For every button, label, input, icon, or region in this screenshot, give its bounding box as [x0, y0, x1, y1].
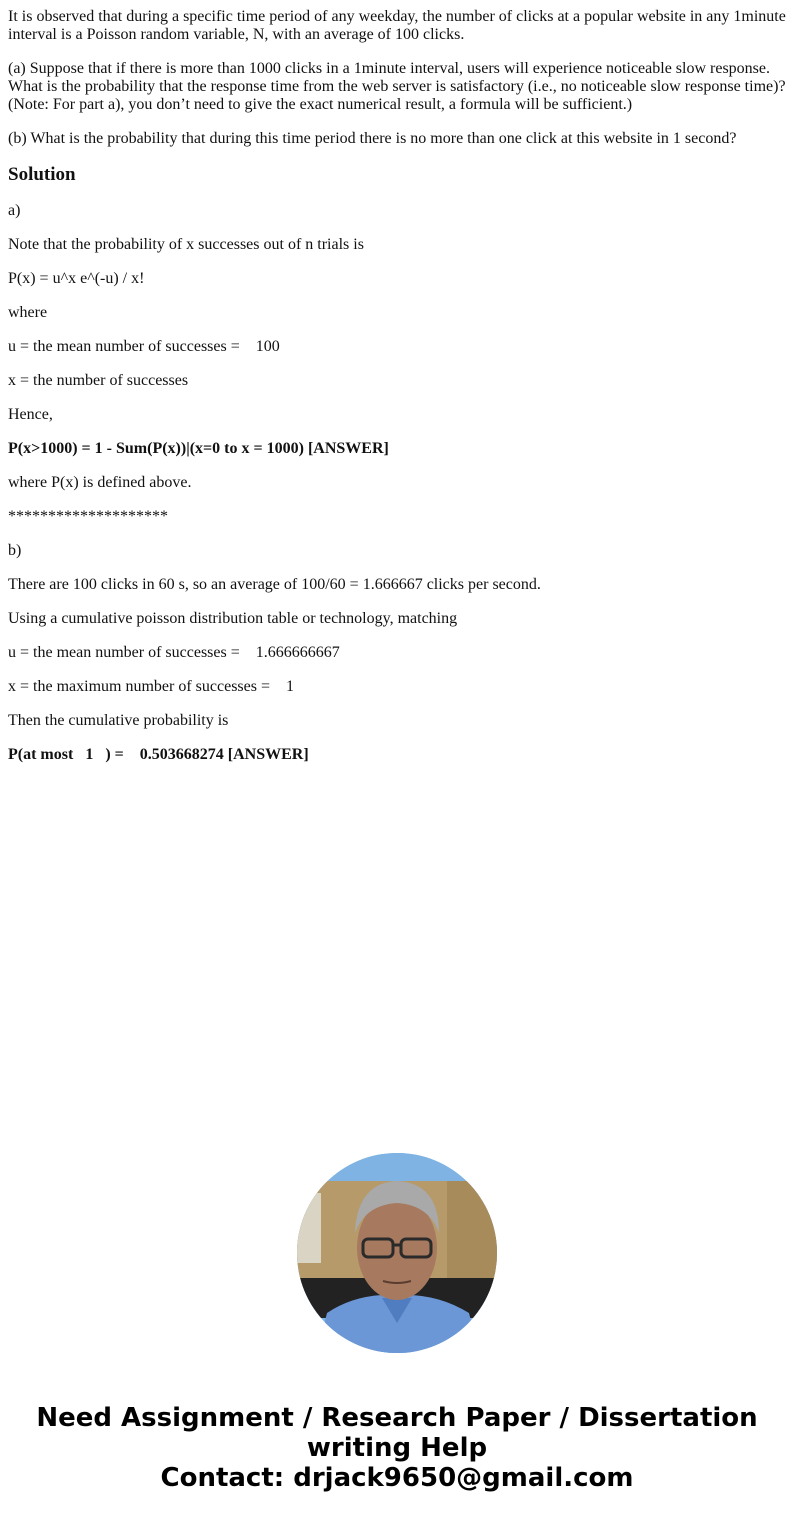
solution-a-line1: Note that the probability of x successes…: [8, 236, 792, 254]
author-photo: [297, 1153, 497, 1353]
question-part-b: (b) What is the probability that during …: [8, 130, 792, 148]
question-intro: It is observed that during a specific ti…: [8, 8, 792, 44]
promo-line-1: Need Assignment / Research Paper / Disse…: [0, 1403, 794, 1433]
solution-a-label: a): [8, 202, 792, 220]
solution-a-x-line: x = the number of successes: [8, 372, 792, 390]
solution-b-u-line: u = the mean number of successes = 1.666…: [8, 644, 792, 662]
person-portrait-icon: [297, 1153, 497, 1353]
solution-a-u-line: u = the mean number of successes = 100: [8, 338, 792, 356]
question-part-a: (a) Suppose that if there is more than 1…: [8, 60, 792, 114]
solution-heading: Solution: [8, 164, 792, 186]
promo-line-2: writing Help: [0, 1433, 794, 1463]
separator: ********************: [8, 508, 792, 526]
solution-a-hence: Hence,: [8, 406, 792, 424]
promo-contact: Contact: drjack9650@gmail.com: [0, 1463, 794, 1493]
solution-b-x-line: x = the maximum number of successes = 1: [8, 678, 792, 696]
promo-banner: Need Assignment / Research Paper / Disse…: [0, 1403, 794, 1493]
solution-a-where: where: [8, 304, 792, 322]
document-body: It is observed that during a specific ti…: [8, 8, 792, 780]
solution-b-label: b): [8, 542, 792, 560]
solution-b-line1: There are 100 clicks in 60 s, so an aver…: [8, 576, 792, 594]
solution-a-answer: P(x>1000) = 1 - Sum(P(x))|(x=0 to x = 10…: [8, 440, 792, 458]
solution-b-answer: P(at most 1 ) = 0.503668274 [ANSWER]: [8, 746, 792, 764]
solution-b-line2: Using a cumulative poisson distribution …: [8, 610, 792, 628]
solution-a-note: where P(x) is defined above.: [8, 474, 792, 492]
solution-b-line3: Then the cumulative probability is: [8, 712, 792, 730]
solution-a-formula: P(x) = u^x e^(-u) / x!: [8, 270, 792, 288]
